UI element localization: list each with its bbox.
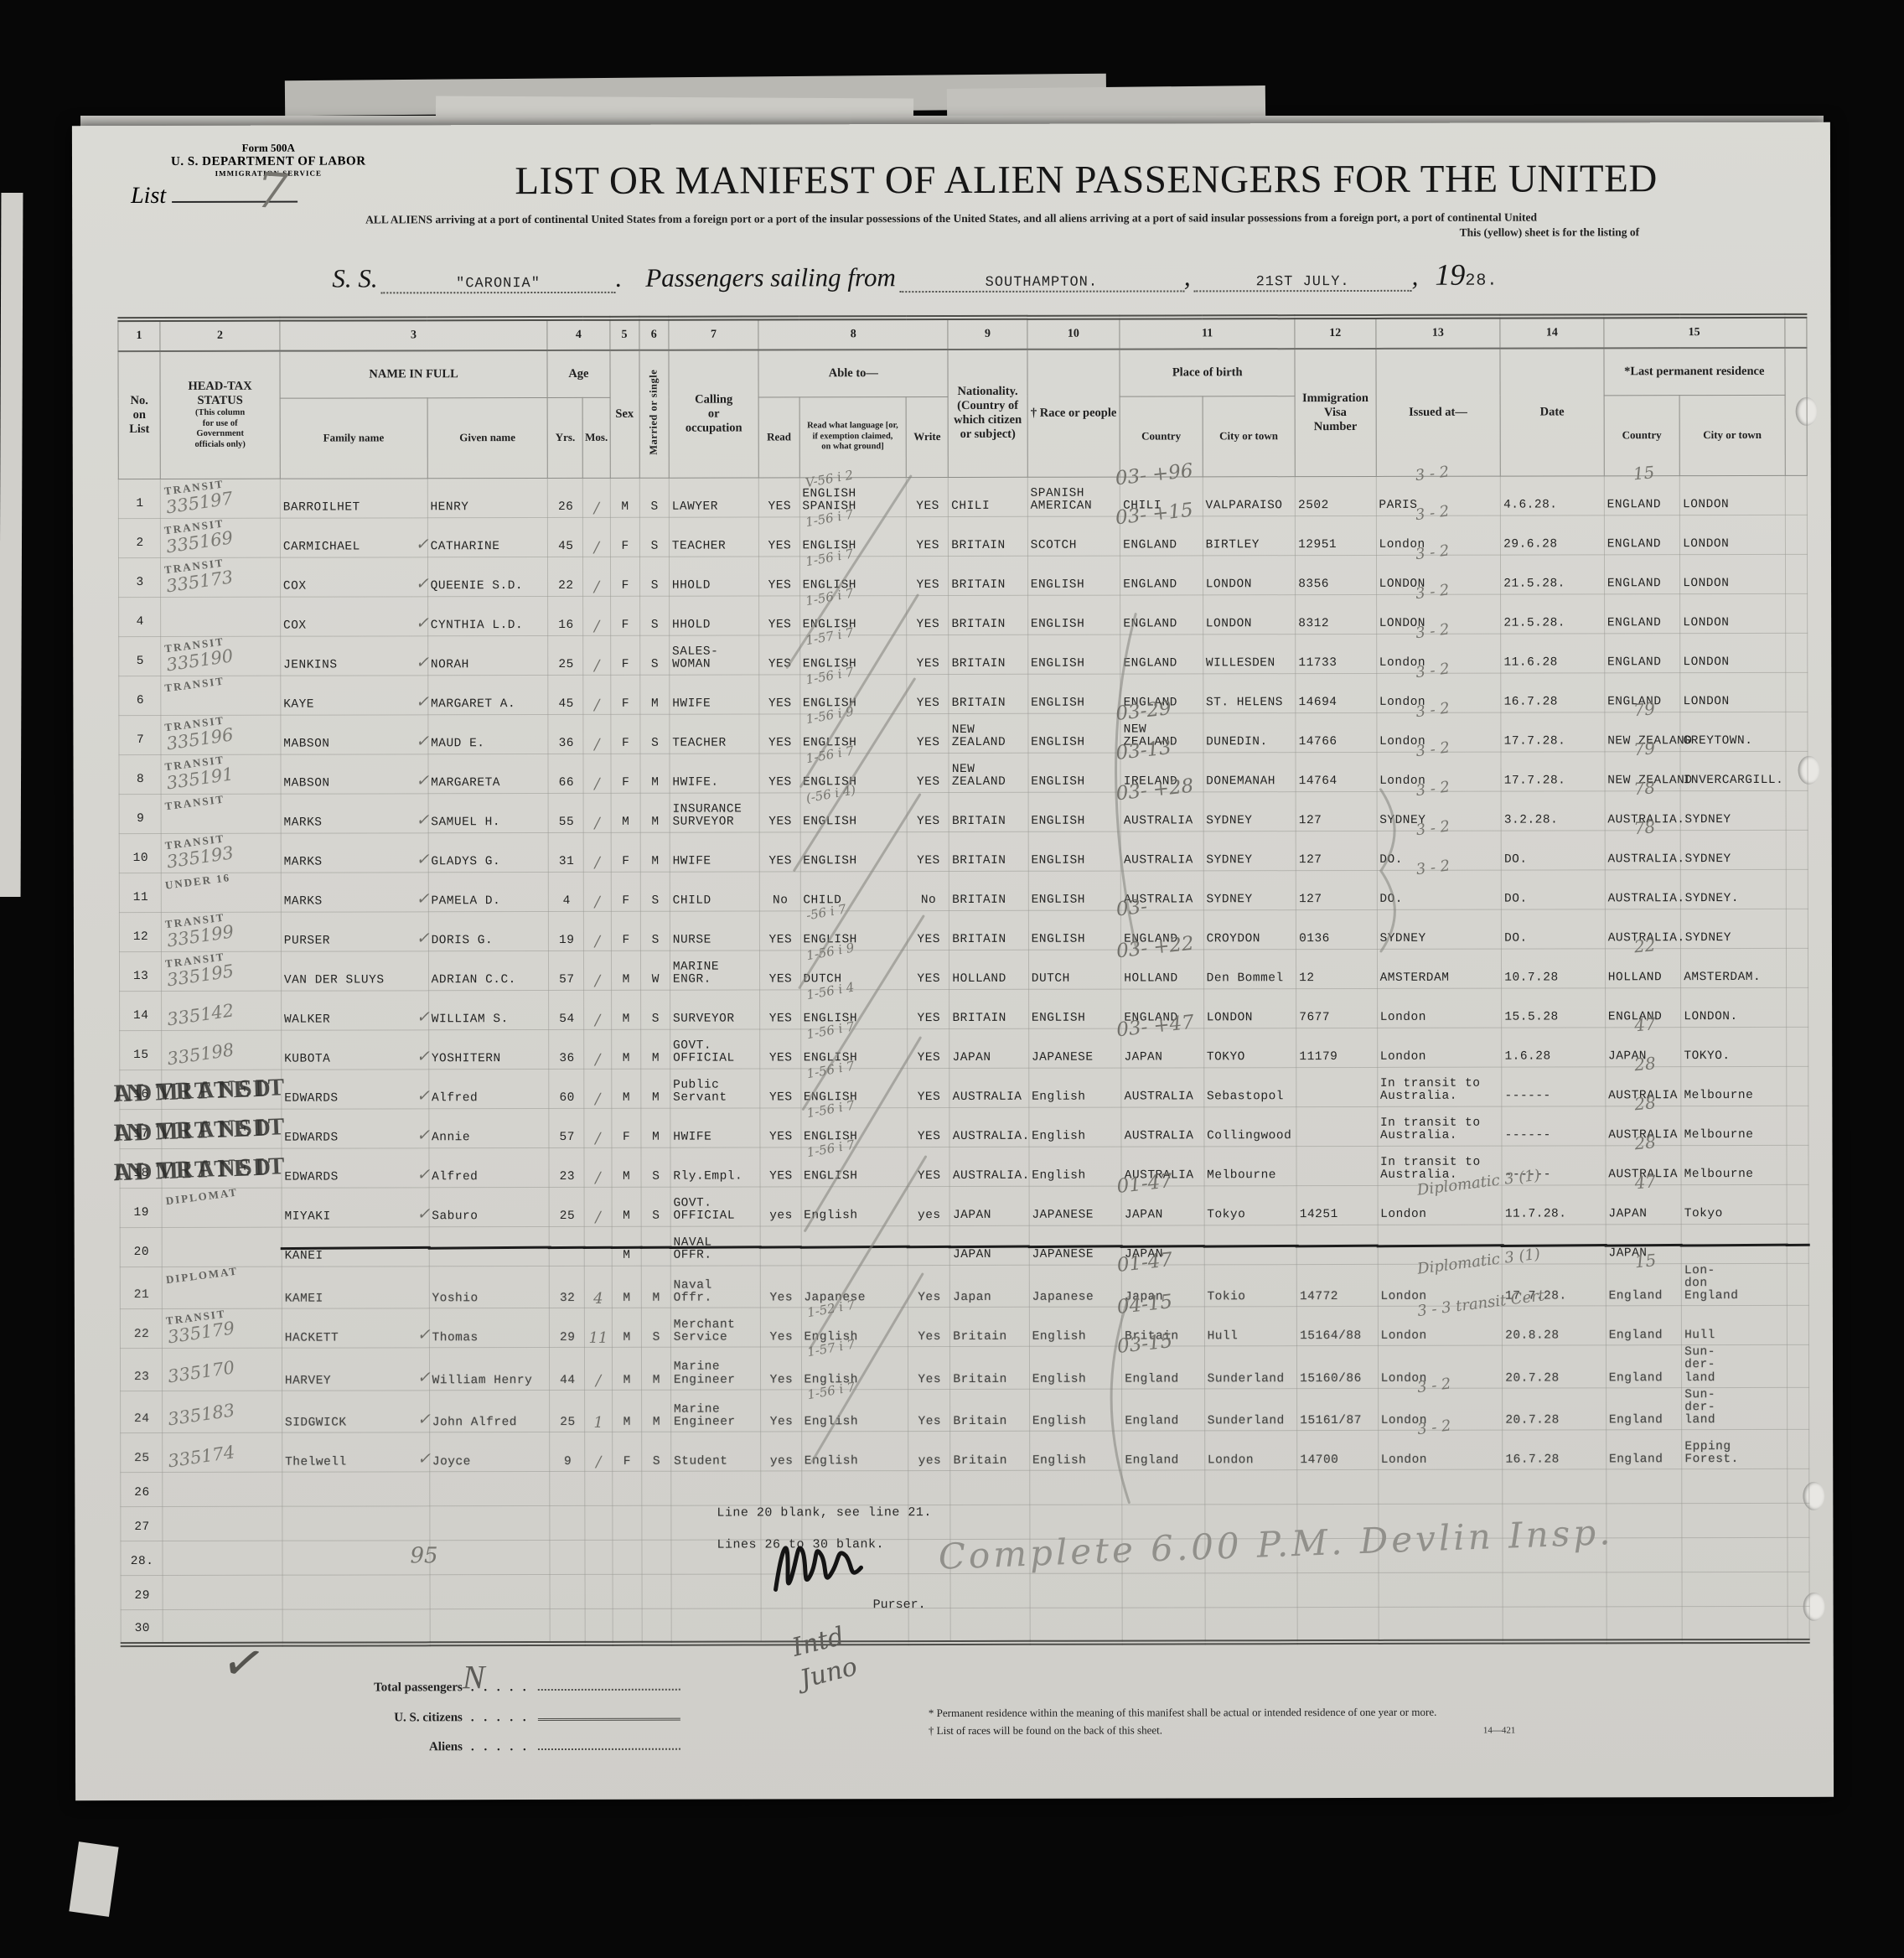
cell-sex: F bbox=[611, 872, 640, 911]
cell-row-number: 11 bbox=[119, 873, 161, 912]
cell-age-months: ∕ bbox=[583, 714, 610, 754]
manifest-sheet: Form 500A U. S. DEPARTMENT OF LABOR IMMI… bbox=[72, 122, 1834, 1800]
cell-head-tax-status: TRANSIT 335193 bbox=[161, 833, 281, 873]
cell-age-years: 22 bbox=[548, 557, 583, 596]
cell-age-months: ∕ bbox=[584, 832, 611, 872]
cell-age-years: 25 bbox=[548, 635, 583, 675]
birth-city-value: DUNEDIN. bbox=[1203, 735, 1296, 751]
handwritten-issued-note: 3 - 2 bbox=[1414, 581, 1450, 603]
totals-block: Total passengers . . . . . U. S. citizen… bbox=[275, 1677, 680, 1767]
cell-calling: TEACHER bbox=[669, 516, 759, 556]
status-stamp: UNDER 16 bbox=[164, 871, 231, 893]
cell-birth-country: ENGLAND bbox=[1120, 594, 1203, 634]
cell-calling bbox=[671, 1608, 762, 1643]
cell-race: ENGLISH bbox=[1027, 595, 1120, 635]
cell-race: ENGLISH bbox=[1028, 989, 1121, 1028]
sex-value bbox=[613, 1502, 641, 1505]
race-value: ENGLISH bbox=[1028, 578, 1120, 594]
birth-city-value: Tokyo bbox=[1204, 1208, 1296, 1224]
read-value: YES bbox=[760, 737, 799, 753]
cell-residence-city: Hull bbox=[1682, 1306, 1788, 1345]
calling-value: Marine Engineer bbox=[671, 1360, 761, 1390]
age-months: ∕ bbox=[584, 932, 610, 950]
cell-race bbox=[1030, 1574, 1123, 1608]
sex-value: M bbox=[612, 1210, 640, 1225]
cell-head-tax-status bbox=[162, 1227, 282, 1266]
write-value: YES bbox=[908, 1051, 949, 1067]
married-single-value: M bbox=[640, 816, 669, 831]
age-years bbox=[551, 1571, 585, 1574]
sex-value: F bbox=[610, 540, 639, 556]
sailing-date: 21ST JULY. bbox=[1256, 274, 1350, 290]
calling-value: NURSE bbox=[670, 934, 760, 950]
cell-age-months: ∕ bbox=[583, 635, 610, 675]
cell-issued-at: 3 - 2 DO. bbox=[1377, 870, 1502, 909]
married-single-value: M bbox=[640, 776, 669, 792]
cell-visa-number bbox=[1297, 1573, 1379, 1608]
cell-read: Yes bbox=[761, 1308, 801, 1347]
given-name: GLADYS G. bbox=[428, 855, 548, 872]
cell-issued-at: AMSTERDAM bbox=[1377, 949, 1502, 988]
language-value: English bbox=[802, 1454, 908, 1470]
cell-row-number: 3 bbox=[118, 557, 160, 597]
residence-country-value: ENGLAND bbox=[1605, 537, 1679, 553]
cell-clipped-margin bbox=[1786, 790, 1808, 830]
sex-value: F bbox=[611, 619, 639, 635]
cell-read: YES bbox=[759, 635, 799, 674]
family-name bbox=[283, 1638, 430, 1641]
cell-birth-city: Melbourne bbox=[1204, 1146, 1297, 1185]
cell-write bbox=[908, 1225, 949, 1265]
cell-married-single: M bbox=[640, 1029, 670, 1069]
cell-clipped-margin bbox=[1788, 1572, 1809, 1607]
residence-city-value: LONDON bbox=[1680, 537, 1785, 553]
calling-value: Rly.Empl. bbox=[670, 1170, 760, 1186]
header-write: Write bbox=[906, 396, 948, 477]
table-row: 14 335142 WALKER ✓ WILLIAM S. 54 ∕ M S S… bbox=[120, 987, 1808, 1030]
cell-calling: Merchant Service bbox=[670, 1308, 761, 1347]
nationality-value: Britain bbox=[950, 1372, 1028, 1388]
cell-visa-number: 127 bbox=[1296, 791, 1377, 831]
birth-city-value: Melbourne bbox=[1204, 1168, 1296, 1184]
cell-row-number: 29 bbox=[121, 1576, 163, 1610]
cell-row-number: 19 bbox=[120, 1188, 162, 1227]
header-extra bbox=[1785, 348, 1808, 475]
cell-residence-country: ENGLAND bbox=[1604, 593, 1679, 633]
total-passengers-blank bbox=[538, 1677, 680, 1691]
married-single-value: M bbox=[641, 1052, 670, 1068]
cell-issue-date: 11.7.28. bbox=[1502, 1184, 1606, 1224]
sex-value: M bbox=[612, 973, 640, 989]
cell-sex: F bbox=[611, 911, 640, 951]
residence-city-value: Sun- der- land bbox=[1682, 1345, 1787, 1387]
write-value: YES bbox=[907, 539, 948, 555]
cell-family-name: HACKETT ✓ bbox=[282, 1308, 429, 1348]
cell-calling: Naval Offr. bbox=[670, 1265, 761, 1308]
cell-residence-country: ENGLAND bbox=[1604, 633, 1679, 672]
age-months: 4 bbox=[585, 1290, 611, 1308]
cell-married-single: M bbox=[641, 1390, 670, 1432]
calling-value: SALES- WOMAN bbox=[670, 645, 759, 675]
issue-date-value: 16.7.28 bbox=[1502, 696, 1605, 712]
issue-date-value: 17.7.28. bbox=[1502, 774, 1605, 790]
cell-given-name: GLADYS G. bbox=[428, 832, 549, 872]
cell-visa-number: 14772 bbox=[1296, 1264, 1378, 1307]
read-value: YES bbox=[759, 619, 799, 635]
cell-given-name: John Alfred bbox=[429, 1390, 550, 1432]
cell-calling: CHILD bbox=[670, 871, 760, 910]
cell-family-name: MABSON ✓ bbox=[281, 714, 428, 754]
cell-visa-number bbox=[1296, 1106, 1378, 1146]
cell-race: DUTCH bbox=[1028, 950, 1121, 989]
cell-age-months bbox=[585, 1226, 612, 1266]
age-months: ∕ bbox=[585, 1168, 611, 1186]
cell-clipped-margin bbox=[1785, 475, 1807, 515]
age-months: 11 bbox=[585, 1329, 611, 1347]
cell-read: Yes bbox=[761, 1265, 801, 1308]
cell-residence-city: LONDON bbox=[1680, 672, 1786, 712]
handwritten-residence-code: 78 bbox=[1632, 777, 1655, 799]
cell-issue-date: 16.7.28 bbox=[1501, 672, 1605, 712]
cell-head-tax-status: TRANSIT 335190 bbox=[161, 636, 281, 676]
cell-birth-city: SYDNEY bbox=[1203, 870, 1296, 909]
visa-number-value: 127 bbox=[1296, 893, 1376, 909]
married-single-value bbox=[642, 1502, 670, 1505]
married-single-value: W bbox=[641, 973, 670, 989]
race-value: ENGLISH bbox=[1028, 657, 1120, 673]
cell-calling: HHOLD bbox=[669, 595, 759, 635]
cell-married-single bbox=[642, 1506, 671, 1541]
cell-age-years: 45 bbox=[548, 675, 583, 714]
given-name: MAUD E. bbox=[428, 737, 548, 754]
cell-race: ENGLISH bbox=[1028, 753, 1121, 792]
us-citizens-blank bbox=[538, 1707, 680, 1721]
cell-clipped-margin bbox=[1785, 633, 1807, 672]
handwritten-issued-note: 3 - 2 bbox=[1415, 738, 1451, 760]
issue-date-value: DO. bbox=[1502, 893, 1605, 909]
age-months: ∕ bbox=[585, 1372, 611, 1390]
nationality-value: BRITAIN bbox=[949, 578, 1027, 594]
married-single-value: M bbox=[642, 1373, 670, 1389]
row-number: 26 bbox=[121, 1486, 162, 1506]
residence-city-value: LONDON. bbox=[1681, 1010, 1786, 1026]
write-value: YES bbox=[907, 578, 948, 594]
calling-value: TEACHER bbox=[670, 737, 759, 753]
handwritten-issued-note: 3 - 2 bbox=[1414, 541, 1450, 563]
cell-given-name: MARGARETA bbox=[428, 754, 549, 793]
race-value: English bbox=[1029, 1090, 1121, 1106]
family-name: MARKS bbox=[281, 816, 427, 833]
married-label: Married or single bbox=[648, 369, 660, 454]
cell-head-tax-status bbox=[163, 1473, 282, 1507]
cell-residence-city bbox=[1682, 1469, 1788, 1504]
read-value: YES bbox=[760, 816, 799, 831]
note-line-20: Line 20 blank, see line 21. bbox=[717, 1497, 932, 1529]
age-years: 4 bbox=[549, 894, 583, 910]
handwritten-headtax-number: 335142 bbox=[166, 1000, 235, 1029]
cell-nationality bbox=[950, 1608, 1029, 1643]
table-row: 30 bbox=[121, 1607, 1809, 1645]
age-years: 9 bbox=[550, 1455, 584, 1471]
write-value bbox=[909, 1637, 950, 1640]
col-num: 4 bbox=[547, 319, 609, 350]
row-number: 21 bbox=[121, 1288, 162, 1308]
table-row: 20 KANEI M NAVAL OFFR. JAPAN J bbox=[120, 1224, 1808, 1266]
cell-row-number: 12 bbox=[119, 912, 161, 951]
cell-birth-city: ST. HELENS bbox=[1203, 673, 1296, 712]
cell-age-months: ∕ bbox=[584, 872, 611, 911]
cell-head-tax-status: TRANSIT 335191 bbox=[161, 754, 281, 794]
cell-write: YES bbox=[907, 635, 949, 674]
header-last-residence: *Last permanent residence bbox=[1604, 348, 1785, 395]
aliens-row: Aliens . . . . . bbox=[275, 1737, 680, 1755]
cell-married-single: S bbox=[640, 714, 670, 754]
nationality-value: Britain bbox=[950, 1330, 1028, 1346]
given-name: Alfred bbox=[429, 1170, 549, 1187]
cell-given-name: HENRY bbox=[427, 478, 548, 517]
ss-label: S. S. bbox=[332, 263, 377, 293]
cell-given-name bbox=[430, 1575, 551, 1609]
manifest-tbody: 1 TRANSIT 335197 BARROILHET HENRY 26 ∕ M… bbox=[118, 475, 1809, 1645]
write-value: YES bbox=[908, 854, 949, 870]
race-value: ENGLISH bbox=[1029, 933, 1121, 949]
cell-family-name: KANEI bbox=[282, 1226, 429, 1266]
cell-issued-at: 3 - 3 transit Cert London bbox=[1378, 1306, 1503, 1345]
handwritten-residence-code: 15 bbox=[1633, 1250, 1656, 1272]
visa-number-value: 14766 bbox=[1296, 735, 1376, 751]
age-years: 36 bbox=[549, 1052, 583, 1068]
cell-family-name bbox=[282, 1541, 430, 1575]
given-name: DORIS G. bbox=[429, 934, 549, 951]
cell-given-name: MAUD E. bbox=[427, 714, 548, 754]
cell-nationality: BRITAIN bbox=[949, 910, 1029, 950]
read-value: yes bbox=[762, 1455, 801, 1471]
nationality-value: BRITAIN bbox=[949, 1012, 1027, 1028]
cell-row-number: 20 bbox=[120, 1227, 162, 1266]
col-num: 11 bbox=[1120, 317, 1295, 349]
cell-issue-date: 21.5.28. bbox=[1501, 554, 1605, 593]
cell-family-name: CARMICHAEL ✓ bbox=[280, 517, 427, 557]
residence-city-value: LONDON bbox=[1680, 616, 1785, 632]
cell-read-language bbox=[801, 1225, 908, 1265]
cell-issued-at: Diplomatic 3 (1) London bbox=[1378, 1185, 1503, 1225]
cell-clipped-margin bbox=[1787, 1224, 1808, 1263]
cell-family-name: EDWARDS ✓ bbox=[282, 1108, 429, 1147]
comma: , bbox=[1412, 262, 1419, 291]
cell-calling: INSURANCE SURVEYOR bbox=[670, 792, 760, 831]
cell-issue-date: 15.5.28 bbox=[1502, 987, 1606, 1027]
cell-write: YES bbox=[907, 595, 949, 635]
age-months: ∕ bbox=[583, 499, 609, 516]
issued-at-value: AMSTERDAM bbox=[1378, 971, 1502, 988]
cell-age-months: ∕ bbox=[584, 951, 611, 990]
race-value: ENGLISH bbox=[1029, 1012, 1121, 1028]
cell-head-tax-status bbox=[163, 1541, 282, 1576]
cell-birth-city: SYDNEY bbox=[1203, 791, 1296, 831]
issue-date-value: 16.7.28 bbox=[1503, 1453, 1606, 1469]
cell-residence-country: ENGLAND bbox=[1604, 515, 1679, 554]
cell-read: YES bbox=[760, 950, 800, 989]
cell-clipped-margin bbox=[1786, 948, 1808, 987]
residence-country-value bbox=[1606, 1635, 1681, 1639]
cell-nationality: CHILI bbox=[949, 477, 1028, 516]
issue-date-value: 15.5.28 bbox=[1502, 1011, 1605, 1027]
visa-number-value: 12 bbox=[1296, 971, 1376, 987]
table-row: 13 TRANSIT 335195 VAN DER SLUYS ADRIAN C… bbox=[119, 948, 1808, 991]
cell-issue-date: ------ bbox=[1502, 1106, 1606, 1145]
cell-issue-date: DO. bbox=[1501, 830, 1605, 869]
cell-row-number: 23 bbox=[120, 1349, 162, 1391]
cell-nationality: AUSTRALIA. bbox=[949, 1147, 1029, 1186]
race-value: English bbox=[1030, 1330, 1122, 1346]
cell-row-number: 21 bbox=[120, 1266, 162, 1309]
race-value: Japanese bbox=[1030, 1291, 1122, 1307]
family-name: EDWARDS bbox=[282, 1171, 428, 1188]
cell-birth-country: AUSTRALIA bbox=[1121, 1106, 1204, 1146]
cell-residence-city bbox=[1680, 830, 1786, 869]
cell-read: YES bbox=[759, 556, 799, 595]
issue-date-value: 20.7.28 bbox=[1503, 1414, 1606, 1430]
cell-residence-city: LONDON bbox=[1680, 515, 1786, 554]
row-number: 20 bbox=[121, 1246, 162, 1266]
visa-number-value: 14764 bbox=[1296, 774, 1376, 790]
cell-head-tax-status bbox=[163, 1576, 282, 1610]
birth-city-value bbox=[1205, 1636, 1297, 1639]
married-single-value: S bbox=[640, 619, 669, 635]
cell-birth-city: BIRTLEY bbox=[1203, 515, 1296, 555]
residence-city-value: TOKYO. bbox=[1681, 1049, 1786, 1065]
read-value: YES bbox=[761, 1131, 800, 1147]
header-yrs: Yrs. bbox=[547, 397, 582, 478]
cell-read: YES bbox=[759, 792, 799, 831]
cell-visa-number bbox=[1296, 1067, 1378, 1106]
handwritten-issued-note: 3 - 2 bbox=[1415, 1375, 1451, 1396]
row-number: 3 bbox=[119, 576, 160, 596]
birth-city-value: Sunderland bbox=[1205, 1414, 1297, 1430]
married-single-value: S bbox=[641, 894, 670, 910]
cell-married-single: W bbox=[640, 951, 670, 990]
cell-married-single bbox=[641, 1472, 670, 1506]
calling-value: INSURANCE SURVEYOR bbox=[670, 803, 759, 832]
cell-write: YES bbox=[908, 1147, 949, 1186]
cell-nationality bbox=[950, 1471, 1029, 1505]
cell-race: English bbox=[1029, 1107, 1122, 1147]
header-head-tax: HEAD-TAX STATUS (This column for use of … bbox=[160, 351, 280, 479]
cell-residence-country: 78 AUSTRALIA.SYDNEY bbox=[1605, 830, 1680, 869]
cell-residence-city: TOKYO. bbox=[1681, 1027, 1787, 1066]
cell-residence-country: ENGLAND bbox=[1604, 554, 1679, 593]
cell-age-years: 9 bbox=[550, 1432, 585, 1472]
cell-age-years: 54 bbox=[549, 990, 584, 1029]
cell-married-single: S bbox=[639, 557, 669, 596]
cell-race bbox=[1029, 1471, 1122, 1505]
table-row: 23 335170 HARVEY ✓ William Henry 44 ∕ M … bbox=[120, 1345, 1808, 1391]
handwritten-headtax-number: 335198 bbox=[166, 1039, 235, 1069]
status-stamp: TRANSIT bbox=[164, 674, 225, 695]
col-num: 1 bbox=[118, 319, 160, 351]
cell-read: YES bbox=[760, 989, 800, 1028]
cell-head-tax-status: TRANSIT 335197 bbox=[161, 479, 281, 518]
cell-race: JAPANESE bbox=[1028, 1028, 1121, 1068]
cell-issued-at: In transit to Australia. bbox=[1377, 1106, 1502, 1146]
cell-visa-number: 14251 bbox=[1296, 1185, 1378, 1225]
cell-given-name: Joyce bbox=[429, 1432, 550, 1472]
cell-row-number: 4 bbox=[119, 597, 161, 636]
cell-sex: M bbox=[612, 1266, 641, 1308]
cell-issue-date: 29.6.28 bbox=[1501, 515, 1605, 554]
row-number: 11 bbox=[120, 891, 161, 911]
family-name: VAN DER SLUYS bbox=[282, 974, 428, 991]
row-number: 19 bbox=[121, 1206, 162, 1226]
cell-calling: SURVEYOR bbox=[670, 989, 760, 1028]
cell-residence-city bbox=[1680, 790, 1786, 830]
cell-family-name: WALKER ✓ bbox=[281, 990, 428, 1029]
age-months: ∕ bbox=[584, 696, 610, 713]
cell-write: Yes bbox=[908, 1265, 949, 1308]
cell-married-single: M bbox=[641, 1266, 670, 1308]
cell-age-months bbox=[585, 1506, 612, 1541]
calling-value: GOVT. OFFICIAL bbox=[670, 1039, 760, 1069]
cell-given-name bbox=[430, 1609, 551, 1644]
visa-number-value: 8356 bbox=[1296, 578, 1375, 593]
age-years: 19 bbox=[549, 934, 583, 950]
race-value: JAPANESE bbox=[1029, 1209, 1121, 1225]
family-name: MABSON bbox=[281, 738, 427, 754]
race-value: English bbox=[1029, 1169, 1121, 1185]
cell-race: English bbox=[1029, 1432, 1122, 1471]
sex-value bbox=[613, 1638, 641, 1641]
age-years: 29 bbox=[550, 1331, 584, 1347]
date-rule: 21ST JULY. bbox=[1194, 274, 1412, 293]
cell-visa-number bbox=[1297, 1608, 1379, 1642]
read-value: YES bbox=[760, 934, 799, 950]
read-value: Yes bbox=[761, 1373, 800, 1389]
cell-sex: F bbox=[611, 1108, 640, 1147]
cell-residence-city: Tokyo bbox=[1681, 1184, 1787, 1224]
cell-age-years: 4 bbox=[549, 872, 584, 911]
nationality-value: BRITAIN bbox=[949, 539, 1027, 555]
cell-family-name bbox=[282, 1575, 430, 1609]
cell-clipped-margin bbox=[1786, 1066, 1808, 1106]
race-value: DUTCH bbox=[1029, 972, 1121, 988]
cell-birth-city: VALPARAISO bbox=[1203, 476, 1296, 515]
cell-age-years: 23 bbox=[549, 1147, 584, 1187]
table-row: 6 TRANSIT KAYE ✓ MARGARET A. 45 ∕ F M HW… bbox=[119, 672, 1808, 715]
birth-country-value: JAPAN bbox=[1122, 1209, 1203, 1225]
cell-birth-country: England bbox=[1122, 1389, 1205, 1432]
sex-value: M bbox=[612, 1331, 640, 1347]
race-value: English bbox=[1030, 1454, 1122, 1470]
table-row: 7 TRANSIT 335196 MABSON ✓ MAUD E. 36 ∕ F… bbox=[119, 712, 1808, 754]
cell-given-name bbox=[429, 1506, 550, 1541]
cell-married-single bbox=[642, 1541, 671, 1575]
write-value: YES bbox=[907, 657, 948, 673]
cell-visa-number: 14766 bbox=[1296, 712, 1377, 752]
cell-age-years: 60 bbox=[549, 1069, 584, 1108]
write-value: YES bbox=[907, 618, 948, 634]
write-value: YES bbox=[908, 1169, 949, 1185]
header-issued-at: Issued at— bbox=[1376, 349, 1501, 476]
cell-read: YES bbox=[760, 1028, 800, 1068]
cell-married-single: S bbox=[639, 478, 669, 517]
cell-birth-country: AUSTRALIA bbox=[1120, 831, 1203, 870]
family-name: SIDGWICK bbox=[282, 1417, 429, 1433]
cell-sex bbox=[613, 1575, 642, 1609]
cell-issue-date: 20.8.28 bbox=[1503, 1306, 1606, 1345]
read-value: Yes bbox=[761, 1291, 800, 1307]
issued-at-value: SYDNEY bbox=[1377, 932, 1501, 949]
issued-at-value: In transit to Australia. bbox=[1378, 1077, 1502, 1106]
